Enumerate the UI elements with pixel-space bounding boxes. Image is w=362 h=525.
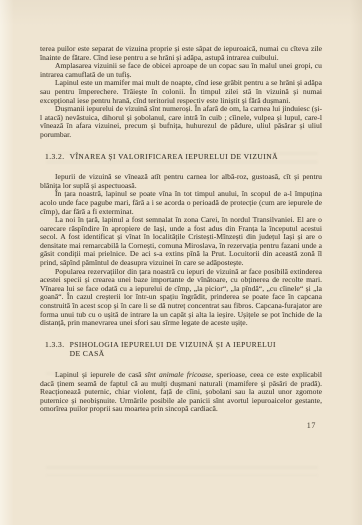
section-heading-1-3-2: 1.3.2. VÎNAREA ȘI VALORIFICAREA IEPURELU… (45, 152, 322, 162)
book-page: terea puilor este separat de vizuina pro… (0, 0, 362, 525)
ink-bleed-through (46, 466, 318, 476)
paragraph: Lapinul și iepurele de casă sînt animale… (40, 371, 322, 414)
paragraph: Lapinul este un mamifer mai mult de noap… (40, 79, 322, 105)
section-heading-1-3-3: 1.3.3. PSIHOLOGIA IEPURELUI DE VIZUINĂ Ș… (45, 340, 322, 359)
paragraph: Popularea rezervațiilor din țara noastră… (40, 268, 322, 328)
section-number: 1.3.3. (45, 340, 65, 359)
section-title: VÎNAREA ȘI VALORIFICAREA IEPURELUI DE VI… (70, 152, 278, 162)
paragraph: În țara noastră, lapinul se poate vîna î… (40, 190, 322, 216)
paragraph-continued-from-previous-page: terea puilor este separat de vizuina pro… (40, 45, 322, 62)
section-number: 1.3.2. (45, 152, 65, 162)
paragraph: Dușmanii iepurelui de vizuină sînt numer… (40, 105, 322, 139)
section-title: PSIHOLOGIA IEPURELUI DE VIZUINĂ ȘI A IEP… (70, 340, 282, 359)
paragraph: Iepurii de vizuină se vînează atît pentr… (40, 173, 322, 190)
paragraph: La noi în țară, lapinul a fost semnalat … (40, 216, 322, 268)
page-number: 17 (40, 421, 322, 430)
paragraph: Amplasarea vizuinii se face de obicei ap… (40, 62, 322, 79)
body-text: terea puilor este separat de vizuina pro… (40, 45, 322, 430)
